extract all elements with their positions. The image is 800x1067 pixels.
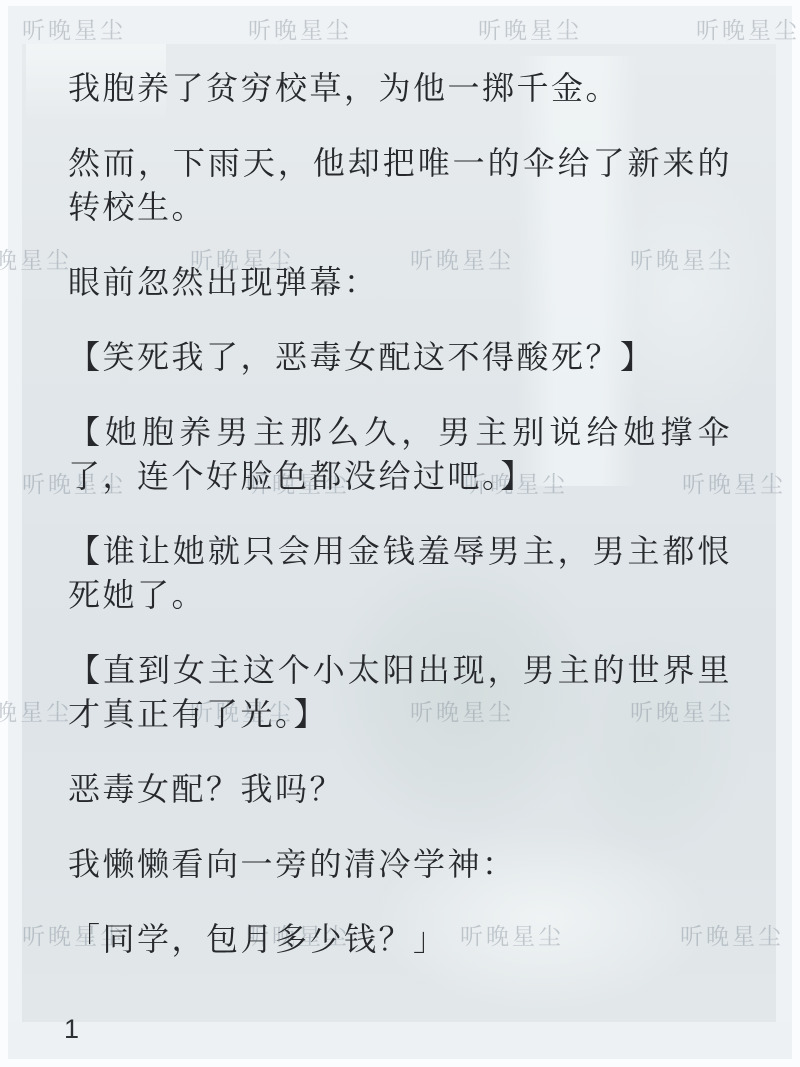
story-paragraph: 【直到女主这个小太阳出现，男主的世界里才真正有了光。】 bbox=[68, 648, 732, 736]
story-paragraph: 我懒懒看向一旁的清冷学神： bbox=[68, 842, 732, 886]
story-text: 我胞养了贫穷校草，为他一掷千金。然而，下雨天，他却把唯一的伞给了新来的转校生。眼… bbox=[68, 66, 732, 992]
story-paragraph: 恶毒女配？我吗？ bbox=[68, 767, 732, 811]
story-paragraph: 「同学，包月多少钱？」 bbox=[68, 917, 732, 961]
novel-reader-page: { "watermark": { "label": "听晚星尘" }, "sto… bbox=[0, 0, 800, 1067]
panel-bottom-strip bbox=[8, 1022, 792, 1059]
story-paragraph: 然而，下雨天，他却把唯一的伞给了新来的转校生。 bbox=[68, 141, 732, 229]
page-number: 1 bbox=[64, 1014, 79, 1045]
story-paragraph: 【谁让她就只会用金钱羞辱男主，男主都恨死她了。 bbox=[68, 529, 732, 617]
story-paragraph: 我胞养了贫穷校草，为他一掷千金。 bbox=[68, 66, 732, 110]
story-paragraph: 眼前忽然出现弹幕： bbox=[68, 260, 732, 304]
story-paragraph: 【她胞养男主那么久，男主别说给她撑伞了，连个好脸色都没给过吧。】 bbox=[68, 410, 732, 498]
story-paragraph: 【笑死我了，恶毒女配这不得酸死？】 bbox=[68, 335, 732, 379]
